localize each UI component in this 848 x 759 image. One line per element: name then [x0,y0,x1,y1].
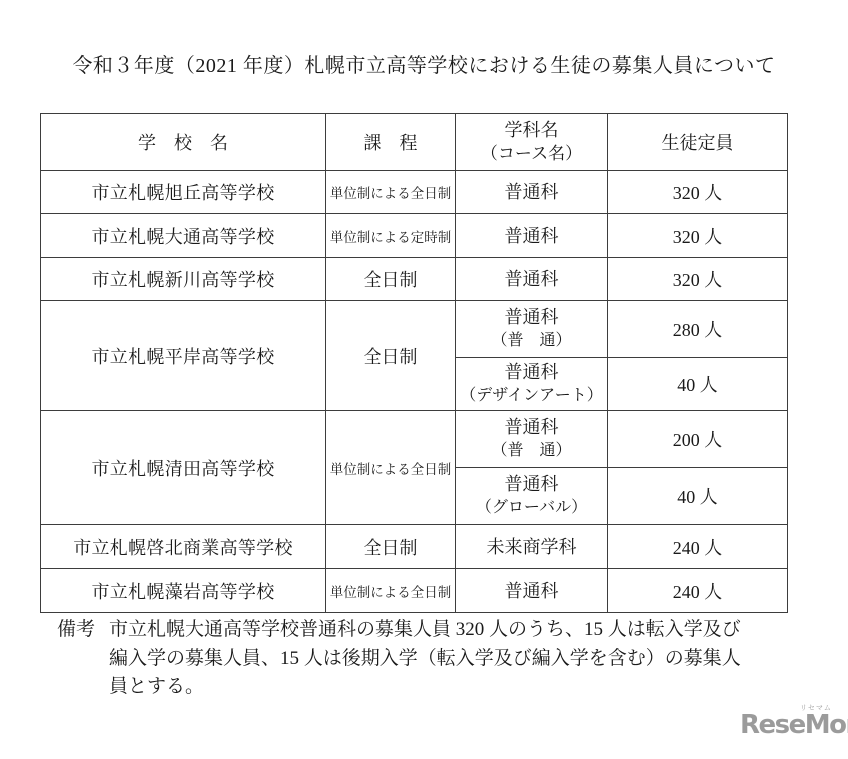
course-type: 全日制 [326,301,456,411]
resemom-logo-text: ReseMom. [740,712,848,738]
remarks-label: 備考 [57,616,95,702]
remarks-block: 備考 市立札幌大通高等学校普通科の募集人員 320 人のうち、15 人は転入学及… [57,616,797,702]
department-main: 普通科 [505,307,559,327]
table-header-row: 学 校 名 課 程 学科名 （コース名） 生徒定員 [41,114,788,171]
school-name: 市立札幌藻岩高等学校 [41,569,326,613]
department-name: 未来商学科 [456,525,608,569]
school-name: 市立札幌新川高等学校 [41,258,326,301]
department-course: （デザインアート） [456,384,607,408]
student-capacity: 280 人 [608,301,788,358]
remarks-line: 員とする。 [109,673,797,702]
student-capacity: 320 人 [608,258,788,301]
department-name: 普通科 （普 通） [456,301,608,358]
student-capacity: 200 人 [608,411,788,468]
header-department: 学科名 （コース名） [456,114,608,171]
department-name: 普通科 [456,258,608,301]
course-type: 単位制による定時制 [326,214,456,258]
header-course: 課 程 [326,114,456,171]
table-row: 市立札幌清田高等学校 単位制による全日制 普通科 （普 通） 200 人 [41,411,788,468]
school-name: 市立札幌啓北商業高等学校 [41,525,326,569]
school-name: 市立札幌旭丘高等学校 [41,171,326,214]
department-name: 普通科 （デザインアート） [456,358,608,411]
department-course: （普 通） [456,329,607,353]
department-name: 普通科 （普 通） [456,411,608,468]
department-main: 普通科 [505,474,559,494]
school-name: 市立札幌清田高等学校 [41,411,326,525]
table-row: 市立札幌大通高等学校 単位制による定時制 普通科 320 人 [41,214,788,258]
header-school-name: 学 校 名 [41,114,326,171]
school-name: 市立札幌平岸高等学校 [41,301,326,411]
student-capacity: 320 人 [608,171,788,214]
table-row: 市立札幌旭丘高等学校 単位制による全日制 普通科 320 人 [41,171,788,214]
recruitment-table: 学 校 名 課 程 学科名 （コース名） 生徒定員 市立札幌旭丘高等学校 単位制… [40,113,788,613]
department-name: 普通科 [456,171,608,214]
department-name: 普通科 （グローバル） [456,468,608,525]
table-row: 市立札幌平岸高等学校 全日制 普通科 （普 通） 280 人 [41,301,788,358]
course-type: 単位制による全日制 [326,171,456,214]
remarks-line: 編入学の募集人員、15 人は後期入学（転入学及び編入学を含む）の募集人 [109,645,797,674]
department-course: （グローバル） [456,496,607,520]
department-name: 普通科 [456,214,608,258]
department-name: 普通科 [456,569,608,613]
page-title: 令和３年度（2021 年度）札幌市立高等学校における生徒の募集人員について [0,52,848,80]
student-capacity: 240 人 [608,525,788,569]
header-capacity: 生徒定員 [608,114,788,171]
course-type: 全日制 [326,525,456,569]
header-department-line1: 学科名 [456,118,607,142]
course-type: 単位制による全日制 [326,569,456,613]
department-course: （普 通） [456,439,607,463]
header-department-line2: （コース名） [456,142,607,166]
course-type: 全日制 [326,258,456,301]
school-name: 市立札幌大通高等学校 [41,214,326,258]
table-row: 市立札幌藻岩高等学校 単位制による全日制 普通科 240 人 [41,569,788,613]
remarks-line: 市立札幌大通高等学校普通科の募集人員 320 人のうち、15 人は転入学及び [109,616,797,645]
course-type: 単位制による全日制 [326,411,456,525]
resemom-logo: リセマム ReseMom. [740,704,844,746]
remarks-text: 市立札幌大通高等学校普通科の募集人員 320 人のうち、15 人は転入学及び 編… [109,616,797,702]
student-capacity: 40 人 [608,468,788,525]
table-row: 市立札幌啓北商業高等学校 全日制 未来商学科 240 人 [41,525,788,569]
department-main: 普通科 [505,417,559,437]
department-main: 普通科 [505,362,559,382]
student-capacity: 240 人 [608,569,788,613]
student-capacity: 40 人 [608,358,788,411]
student-capacity: 320 人 [608,214,788,258]
table-row: 市立札幌新川高等学校 全日制 普通科 320 人 [41,258,788,301]
